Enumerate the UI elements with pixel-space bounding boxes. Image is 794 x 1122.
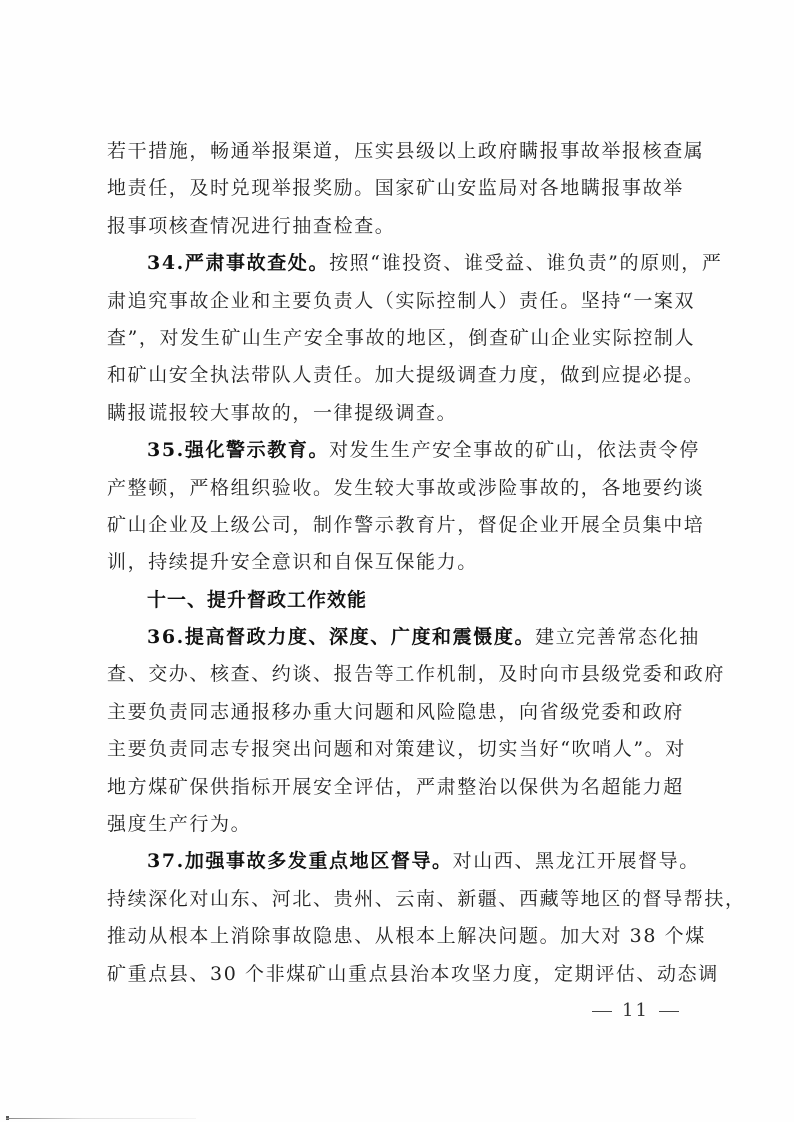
section-heading: 十一、提升督政工作效能 (107, 582, 691, 619)
text-line: 推动从根本上消除事故隐患、从根本上解决问题。加大对 38 个煤 (107, 918, 691, 955)
text-line: 地方煤矿保供指标开展安全评估，严肃整治以保供为名超能力超 (107, 769, 691, 806)
item-text: 按照“谁投资、谁受益、谁负责”的原则，严 (329, 252, 722, 274)
dash-right (659, 1011, 679, 1012)
item-text: 建立完善常态化抽 (535, 626, 700, 648)
item-text: 对山西、黑龙江开展督导。 (453, 850, 700, 872)
text-line: 查”，对发生矿山生产安全事故的地区，倒查矿山企业实际控制人 (107, 320, 691, 357)
text-line: 和矿山安全执法带队人责任。加大提级调查力度，做到应提必提。 (107, 357, 691, 394)
text-line: 持续深化对山东、河北、贵州、云南、新疆、西藏等地区的督导帮扶， (107, 881, 691, 918)
text-line: 矿重点县、30 个非煤矿山重点县治本攻坚力度，定期评估、动态调 (107, 956, 691, 993)
text-line: 训，持续提升安全意识和自保互保能力。 (107, 544, 691, 581)
page-number: 11 (582, 1000, 689, 1021)
text-line: 若干措施，畅通举报渠道，压实县级以上政府瞒报事故举报核查属 (107, 133, 691, 170)
text-line: 矿山企业及上级公司，制作警示教育片，督促企业开展全员集中培 (107, 507, 691, 544)
paragraph-34-first-line: 34.严肃事故查处。按照“谁投资、谁受益、谁负责”的原则，严 (107, 245, 691, 282)
scan-artifact-line (6, 1118, 196, 1119)
paragraph-36-first-line: 36.提高督政力度、深度、广度和震慑度。建立完善常态化抽 (107, 619, 691, 656)
document-body: 若干措施，畅通举报渠道，压实县级以上政府瞒报事故举报核查属 地责任，及时兑现举报… (107, 133, 691, 993)
text-line: 报事项核查情况进行抽查检查。 (107, 208, 691, 245)
dash-left (592, 1011, 612, 1012)
paragraph-35-first-line: 35.强化警示教育。对发生生产安全事故的矿山，依法责令停 (107, 432, 691, 469)
item-text: 对发生生产安全事故的矿山，依法责令停 (329, 439, 700, 461)
text-line: 产整顿，严格组织验收。发生较大事故或涉险事故的，各地要约谈 (107, 470, 691, 507)
page-number-value: 11 (622, 1000, 649, 1021)
item-title-35: 35.强化警示教育。 (147, 439, 329, 461)
item-title-37: 37.加强事故多发重点地区督导。 (147, 850, 453, 872)
document-page: 若干措施，畅通举报渠道，压实县级以上政府瞒报事故举报核查属 地责任，及时兑现举报… (0, 0, 794, 1122)
text-line: 主要负责同志专报突出问题和对策建议，切实当好“吹哨人”。对 (107, 731, 691, 768)
item-title-36: 36.提高督政力度、深度、广度和震慑度。 (147, 626, 535, 648)
item-title-34: 34.严肃事故查处。 (147, 252, 329, 274)
text-line: 强度生产行为。 (107, 806, 691, 843)
text-line: 查、交办、核查、约谈、报告等工作机制，及时向市县级党委和政府 (107, 656, 691, 693)
text-line: 主要负责同志通报移办重大问题和风险隐患，向省级党委和政府 (107, 694, 691, 731)
text-line: 地责任，及时兑现举报奖励。国家矿山安监局对各地瞒报事故举 (107, 170, 691, 207)
text-line: 瞒报谎报较大事故的，一律提级调查。 (107, 395, 691, 432)
paragraph-37-first-line: 37.加强事故多发重点地区督导。对山西、黑龙江开展督导。 (107, 843, 691, 880)
text-line: 肃追究事故企业和主要负责人（实际控制人）责任。坚持“一案双 (107, 283, 691, 320)
